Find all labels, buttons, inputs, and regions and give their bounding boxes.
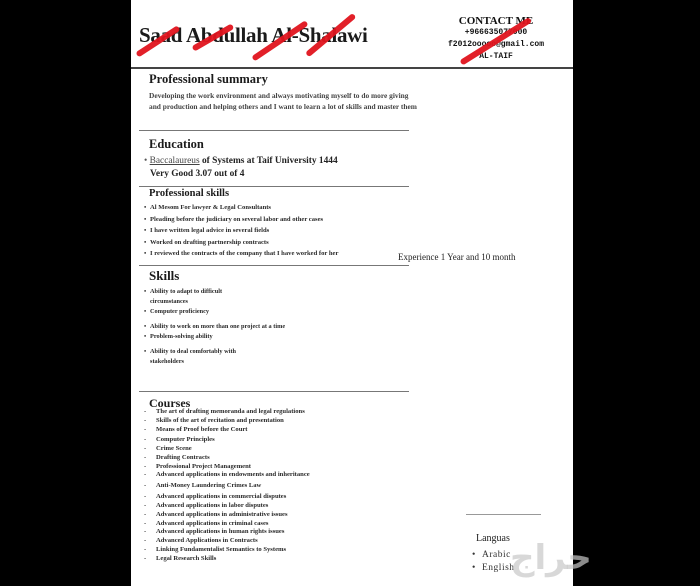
list-item: Advanced applications in commercial disp… [142,493,310,502]
list-item: Ability to adapt to difficult circumstan… [144,287,250,307]
list-item: Advanced applications in labor disputes [142,502,310,511]
resume-page: Saad Abdullah Al-Shalawi CONTACT ME +966… [131,0,573,586]
list-item: Crime Scene [142,445,310,454]
languages-divider [466,514,541,515]
list-item: Ability to deal comfortably with stakeho… [144,347,260,367]
degree-word: Baccalaureus [150,156,200,166]
list-item: Computer proficiency [144,307,310,317]
list-item: Computer Principles [142,436,310,445]
contact-title: CONTACT ME [441,15,551,27]
list-item: Advanced Applications in Contracts [142,537,310,546]
list-item: English [472,562,515,575]
list-item: Legal Research Skills [142,555,310,564]
list-item: I reviewed the contracts of the company … [144,248,338,260]
languages-list: Arabic English [472,549,515,575]
list-item: Drafting Contracts [142,454,310,463]
skills-list: Ability to adapt to difficult circumstan… [144,287,310,367]
list-item: Advanced applications in administrative … [142,511,310,520]
section-divider [139,186,409,187]
list-item: Linking Fundamentalist Semantics to Syst… [142,546,310,555]
professional-skills-title: Professional skills [149,188,229,199]
education-grade: Very Good 3.07 out of 4 [150,169,244,179]
list-item: Problem-solving ability [144,332,310,342]
list-item: Pleading before the judiciary on several… [144,214,338,226]
professional-skills-list: Al Mesom For lawyer & Legal Consultants … [144,202,338,260]
languages-title: Languas [476,533,510,544]
list-item: I have written legal advice in several f… [144,225,338,237]
section-divider [139,391,409,392]
experience-text: Experience 1 Year and 10 month [398,252,515,262]
list-item: The art of drafting memoranda and legal … [142,408,310,417]
list-item: Worked on drafting partnership contracts [144,237,338,249]
list-item: Skills of the art of recitation and pres… [142,417,310,426]
education-degree: • Baccalaureus of Systems at Taif Univer… [144,156,338,166]
header-divider [131,67,573,69]
education-title: Education [149,137,204,152]
contact-city: AL-TAIF [441,51,551,63]
list-item: Arabic [472,549,515,562]
list-item: Anti-Money Laundering Crimes Law [142,482,310,491]
list-item: Advanced applications in criminal cases [142,520,310,529]
section-divider [139,265,409,266]
skills-title: Skills [149,268,179,284]
list-item: Advanced applications in endowments and … [142,471,310,480]
summary-title: Professional summary [149,72,268,87]
list-item: Ability to work on more than one project… [144,322,290,332]
section-divider [139,130,409,131]
courses-list: The art of drafting memoranda and legal … [142,408,310,564]
summary-text: Developing the work environment and alwa… [149,91,421,112]
list-item: Advanced applications in human rights is… [142,528,310,537]
watermark-logo: حراج [510,538,592,578]
degree-rest: of Systems at Taif University 1444 [200,156,338,166]
list-item: Al Mesom For lawyer & Legal Consultants [144,202,338,214]
list-item: Means of Proof before the Court [142,426,310,435]
list-item: Professional Project Management [142,463,310,472]
